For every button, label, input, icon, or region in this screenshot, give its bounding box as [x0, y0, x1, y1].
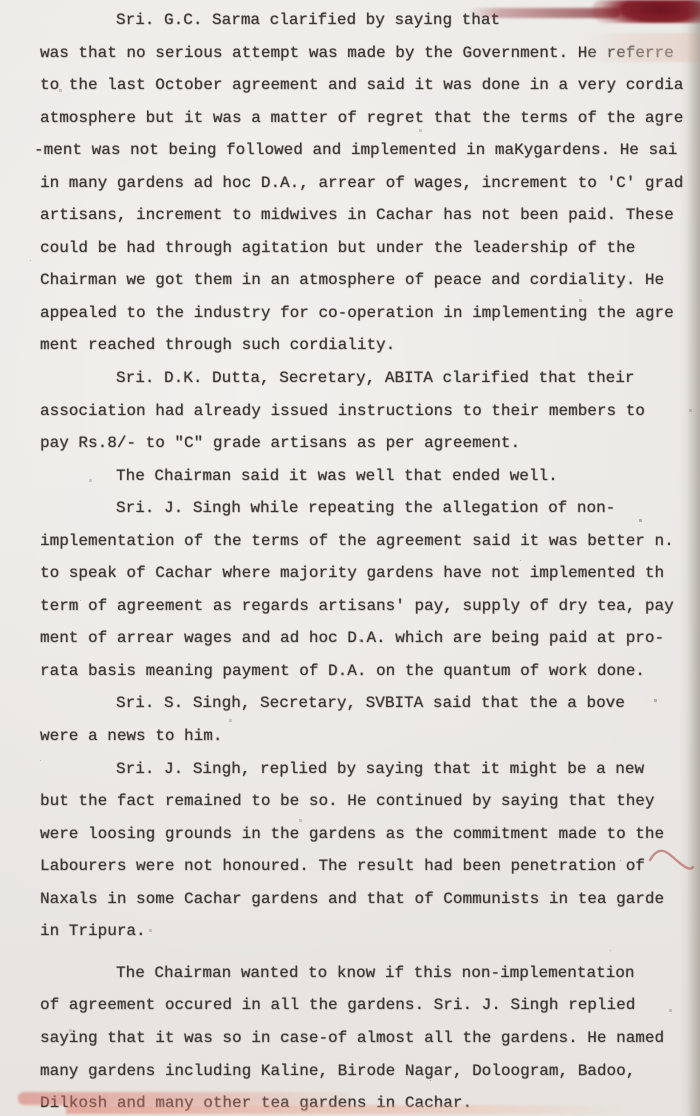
text-line: Sri. G.C. Sarma clarified by saying that: [40, 4, 696, 37]
text-line: appealed to the industry for co-operatio…: [40, 297, 696, 330]
text-line: term of agreement as regards artisans' p…: [40, 590, 696, 623]
text-line: but the fact remained to be so. He conti…: [40, 785, 696, 818]
scan-noise: [0, 0, 1, 1]
text-line: Chairman we got them in an atmosphere of…: [40, 264, 696, 297]
text-line: association had already issued instructi…: [40, 395, 696, 428]
text-line: to the last October agreement and said i…: [40, 69, 696, 102]
text-line: could be had through agitation but under…: [40, 232, 696, 265]
text-line: pay Rs.8/- to "C" grade artisans as per …: [40, 427, 696, 460]
text-line: was that no serious attempt was made by …: [40, 37, 696, 70]
text-line: Sri. J. Singh while repeating the allega…: [40, 492, 696, 525]
text-line: to speak of Cachar where majority garden…: [40, 557, 696, 590]
text-line: artisans, increment to midwives in Cacha…: [40, 199, 696, 232]
text-line: many gardens including Kaline, Birode Na…: [40, 1055, 696, 1088]
text-line: ment reached through such cordiality.: [40, 329, 696, 362]
text-line: were a news to him.: [40, 720, 696, 753]
text-line: Naxals in some Cachar gardens and that o…: [40, 883, 696, 916]
text-line: Sri. J. Singh, replied by saying that it…: [40, 753, 696, 786]
document-text: Sri. G.C. Sarma clarified by saying that…: [40, 4, 696, 1116]
text-line: in Tripura.: [40, 915, 696, 948]
text-line: -ment was not being followed and impleme…: [34, 134, 696, 167]
text-line: were loosing grounds in the gardens as t…: [40, 818, 696, 851]
text-line: rata basis meaning payment of D.A. on th…: [40, 655, 696, 688]
text-line: Sri. D.K. Dutta, Secretary, ABITA clarif…: [40, 362, 696, 395]
scanned-page: Sri. G.C. Sarma clarified by saying that…: [0, 0, 700, 1116]
text-line: saying that it was so in case-of almost …: [40, 1022, 696, 1055]
text-line: Dilkosh and many other tea gardens in Ca…: [40, 1087, 696, 1116]
text-line: The Chairman wanted to know if this non-…: [40, 957, 696, 990]
text-line: Sri. S. Singh, Secretary, SVBITA said th…: [40, 687, 696, 720]
text-line: atmosphere but it was a matter of regret…: [40, 102, 696, 135]
text-line: of agreement occured in all the gardens.…: [40, 989, 696, 1022]
text-line: Labourers were not honoured. The result …: [40, 850, 696, 883]
text-line: The Chairman said it was well that ended…: [40, 460, 696, 493]
text-line: implementation of the terms of the agree…: [40, 525, 696, 558]
text-line: in many gardens ad hoc D.A., arrear of w…: [40, 167, 696, 200]
text-line: ment of arrear wages and ad hoc D.A. whi…: [40, 622, 696, 655]
